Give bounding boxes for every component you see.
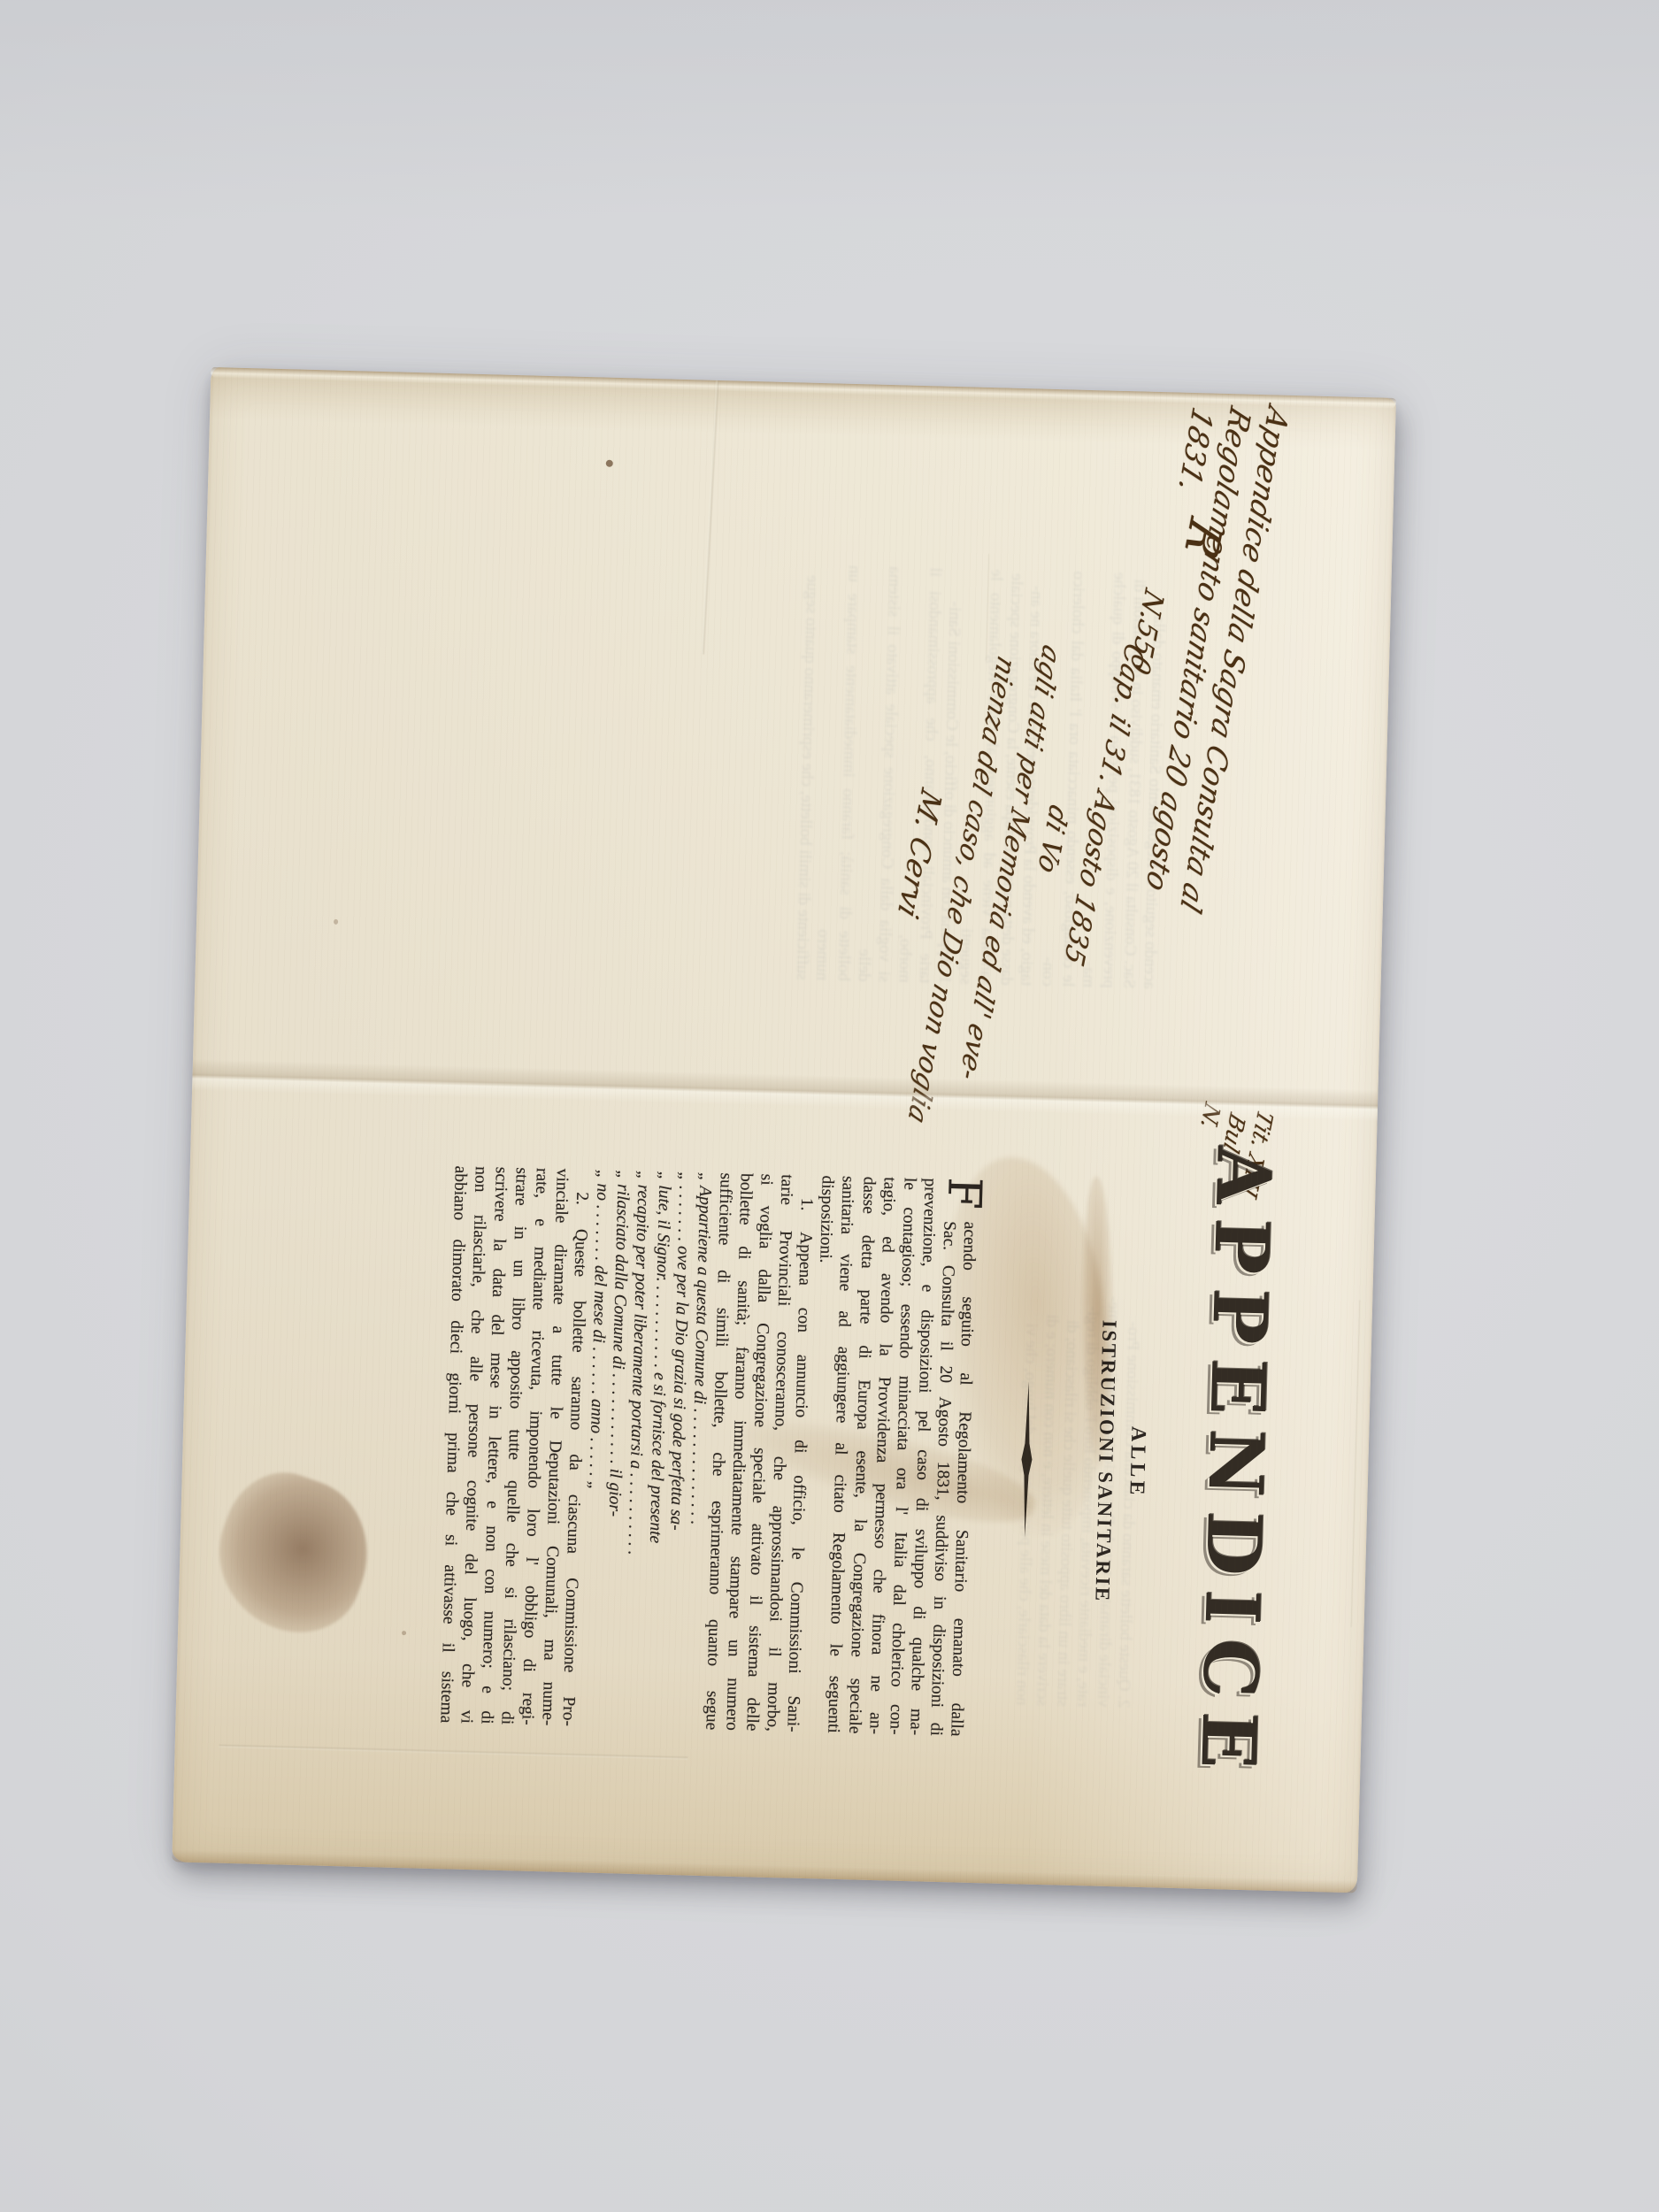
handwritten-text: Cap. il 31. Agosto 1835 <box>1058 638 1150 971</box>
page-title: APPENDICE <box>1184 1145 1287 1766</box>
signature: M. Cervi <box>891 787 949 919</box>
handwritten-text: N. <box>1195 1098 1225 1133</box>
handwritten-text: di Vo <box>1032 800 1073 879</box>
handwritten-cover-page: Appendice della Sagra Consulta al Regola… <box>193 367 1396 1106</box>
swelled-rule-divider <box>1018 1381 1036 1537</box>
registry-date-line: Cap. il 31. Agosto 1835 <box>1057 641 1150 966</box>
document-sheet: acendo seguito al Regolamento Sanitario … <box>172 367 1396 1893</box>
photo-background: acendo seguito al Regolamento Sanitario … <box>0 0 1659 2212</box>
body-text: F acendo seguito al Regolamento Sanitari… <box>435 1165 981 1737</box>
drop-cap-initial: F <box>942 1177 986 1210</box>
printed-page: Tit. XIII Bul. N. APPENDICE ALLE ISTRUZI… <box>172 1075 1378 1893</box>
subtitle-alle: ALLE <box>1118 1183 1156 1740</box>
handwritten-line: di Vo <box>1031 803 1074 875</box>
subtitle-istruzioni-sanitarie: ISTRUZIONI SANITARIE <box>1087 1183 1124 1740</box>
handwritten-text: M. Cervi <box>892 784 949 924</box>
